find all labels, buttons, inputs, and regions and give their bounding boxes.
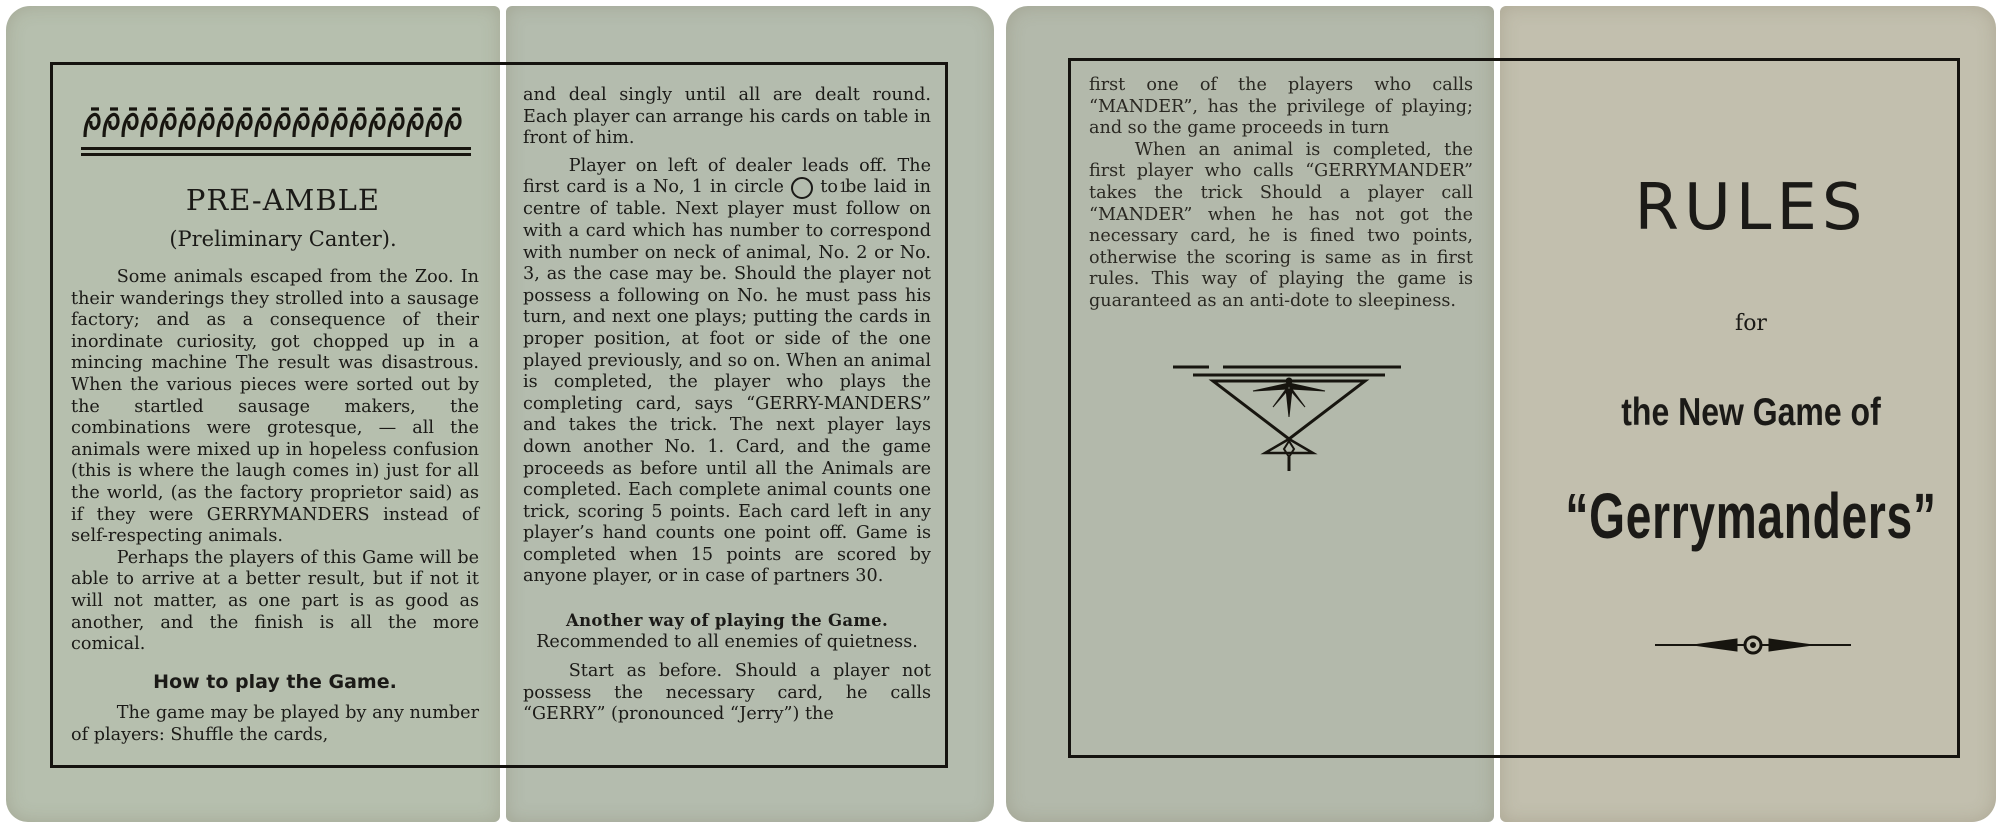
page2-content: and deal singly until all are dealt roun… <box>523 85 931 726</box>
printed-frame: first one of the players who calls “MAND… <box>1068 58 1960 758</box>
preamble-paragraph: Some animals escaped from the Zoo. In th… <box>71 267 479 548</box>
right-spread: first one of the players who calls “MAND… <box>1006 6 1996 826</box>
left-spread: PRE-AMBLE (Preliminary Canter). Some ani… <box>6 6 996 826</box>
scoring-paragraph: When an animal is completed, the first p… <box>1089 140 1473 313</box>
preamble-paragraph: Perhaps the players of this Game will be… <box>71 548 479 656</box>
preamble-body: Some animals escaped from the Zoo. In th… <box>71 267 479 746</box>
ornamental-border-icon <box>81 103 471 145</box>
another-way-heading: Another way of playing the Game. <box>523 610 931 632</box>
another-way-subheading: Recommended to all enemies of quietness. <box>523 632 931 654</box>
page3-content: first one of the players who calls “MAND… <box>1089 75 1473 313</box>
cover-for: for <box>1503 311 1999 336</box>
deal-paragraph: and deal singly until all are dealt roun… <box>523 85 931 150</box>
another-way-paragraph: Start as before. Should a player not pos… <box>523 661 931 726</box>
art-deco-fan-ornament-icon <box>1169 359 1409 479</box>
cover-subtitle: the New Game of <box>1548 391 1955 435</box>
ornament-rule <box>81 147 471 150</box>
lozenge-rule-ornament-icon <box>1653 635 1853 655</box>
howto-heading: How to play the Game. <box>71 672 479 694</box>
play-text-rest: to be laid in centre of table. Next play… <box>523 177 931 586</box>
play-paragraph: Player on left of dealer leads off. The … <box>523 156 931 588</box>
page1-content: PRE-AMBLE (Preliminary Canter). Some ani… <box>53 65 503 765</box>
circled-number-icon: 1 <box>791 177 813 199</box>
mander-paragraph: first one of the players who calls “MAND… <box>1089 75 1473 140</box>
scroll-ornament-icon <box>81 103 471 145</box>
cover-game-name: “Gerrymanders” <box>1558 479 1944 553</box>
preamble-subheading: (Preliminary Canter). <box>53 227 513 251</box>
preamble-heading: PRE-AMBLE <box>53 183 513 217</box>
howto-paragraph: The game may be played by any number of … <box>71 703 479 746</box>
cover-content: RULES for the New Game of “Gerrymanders” <box>1503 61 1999 755</box>
printed-frame: PRE-AMBLE (Preliminary Canter). Some ani… <box>50 62 948 768</box>
ornament-rule <box>81 153 471 156</box>
cover-title: RULES <box>1503 171 1999 245</box>
